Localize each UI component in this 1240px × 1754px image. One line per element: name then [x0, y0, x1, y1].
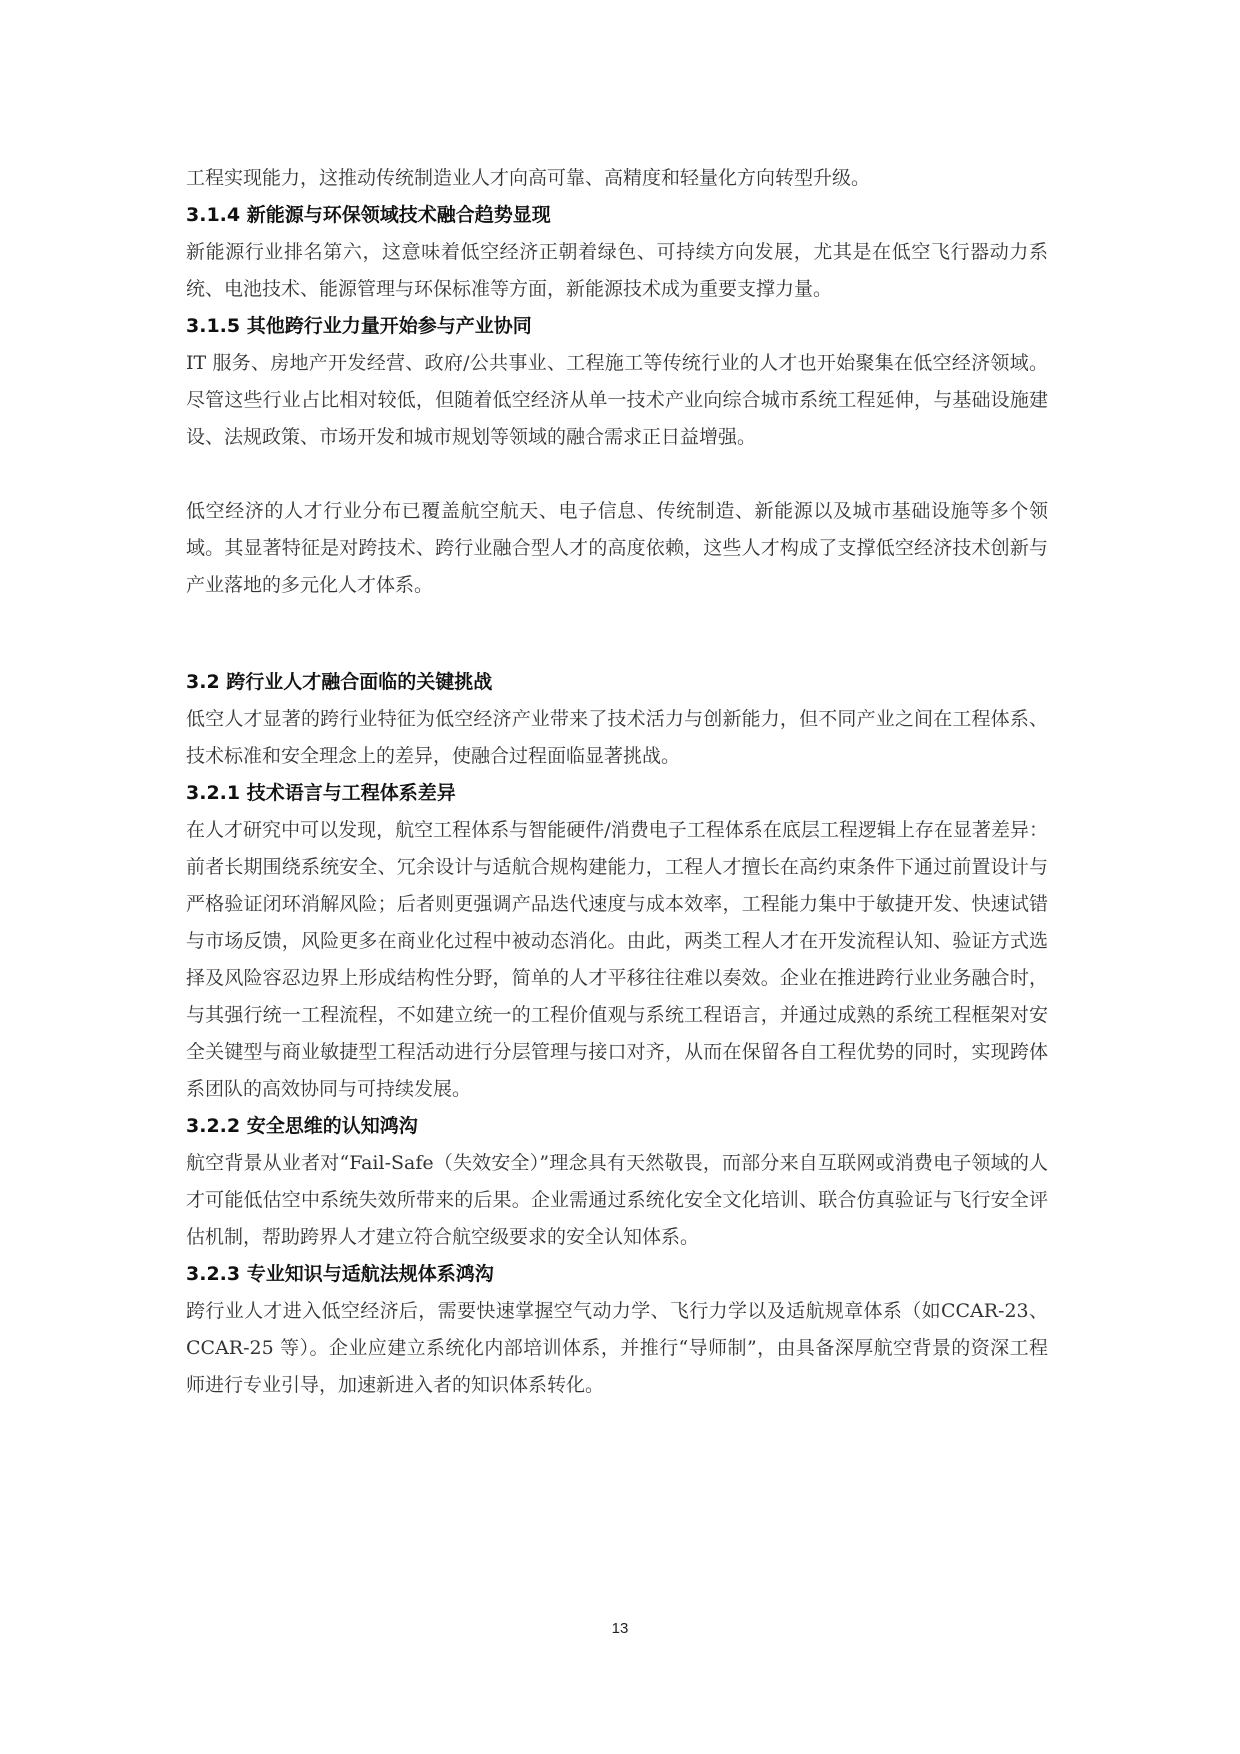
section-heading-3-1-5: 3.1.5 其他跨行业力量开始参与产业协同	[186, 308, 1048, 345]
paragraph-3-1-5: IT 服务、房地产开发经营、政府/公共事业、工程施工等传统行业的人才也开始聚集在…	[186, 345, 1048, 456]
paragraph-3-2: 低空人才显著的跨行业特征为低空经济产业带来了技术活力与创新能力，但不同产业之间在…	[186, 701, 1048, 775]
paragraph-continuation: 工程实现能力，这推动传统制造业人才向高可靠、高精度和轻量化方向转型升级。	[186, 160, 1048, 197]
page-number: 13	[0, 1620, 1240, 1637]
spacer	[186, 456, 1048, 493]
section-heading-3-2-1: 3.2.1 技术语言与工程体系差异	[186, 775, 1048, 812]
section-heading-3-1-4: 3.1.4 新能源与环保领域技术融合趋势显现	[186, 197, 1048, 234]
spacer	[186, 604, 1048, 664]
paragraph-3-2-3: 跨行业人才进入低空经济后，需要快速掌握空气动力学、飞行力学以及适航规章体系（如C…	[186, 1293, 1048, 1404]
document-page: 工程实现能力，这推动传统制造业人才向高可靠、高精度和轻量化方向转型升级。 3.1…	[186, 160, 1048, 1404]
section-heading-3-2: 3.2 跨行业人才融合面临的关键挑战	[186, 664, 1048, 701]
paragraph-3-2-1: 在人才研究中可以发现，航空工程体系与智能硬件/消费电子工程体系在底层工程逻辑上存…	[186, 812, 1048, 1108]
paragraph-3-1-4: 新能源行业排名第六，这意味着低空经济正朝着绿色、可持续方向发展，尤其是在低空飞行…	[186, 234, 1048, 308]
section-heading-3-2-3: 3.2.3 专业知识与适航法规体系鸿沟	[186, 1256, 1048, 1293]
paragraph-3-2-2: 航空背景从业者对“Fail-Safe（失效安全）”理念具有天然敬畏，而部分来自互…	[186, 1145, 1048, 1256]
section-heading-3-2-2: 3.2.2 安全思维的认知鸿沟	[186, 1108, 1048, 1145]
paragraph-3-1-summary: 低空经济的人才行业分布已覆盖航空航天、电子信息、传统制造、新能源以及城市基础设施…	[186, 493, 1048, 604]
